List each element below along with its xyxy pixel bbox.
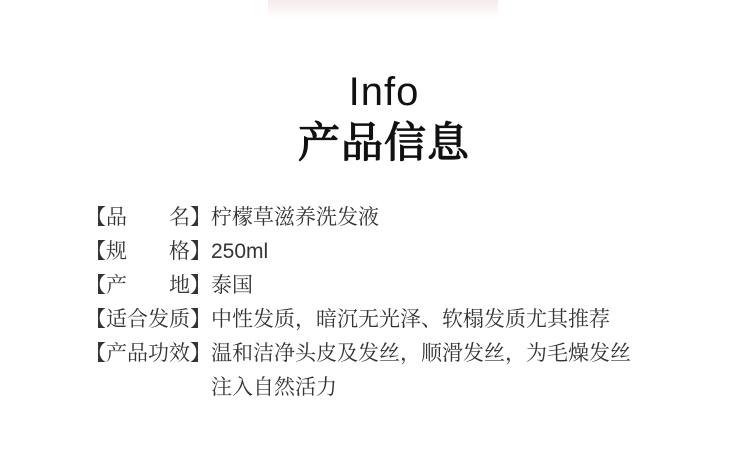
- info-row-label: 【产 地】: [85, 269, 211, 303]
- section-title-cn: 产品信息: [9, 120, 750, 166]
- info-row-label: 【适合发质】: [85, 303, 211, 337]
- section-header: Info 产品信息: [9, 70, 750, 166]
- info-row-suitable-hair-type: 【适合发质】 中性发质，暗沉无光泽、软榻发质尤其推荐: [85, 303, 635, 337]
- product-attributes-list: 【品 名】 柠檬草滋养洗发液 【规 格】 250ml 【产 地】 泰国 【适合发…: [85, 201, 635, 405]
- info-row-value: 中性发质，暗沉无光泽、软榻发质尤其推荐: [211, 303, 635, 337]
- info-row-specification: 【规 格】 250ml: [85, 235, 635, 269]
- info-row-value: 柠檬草滋养洗发液: [211, 201, 635, 235]
- info-row-product-name: 【品 名】 柠檬草滋养洗发液: [85, 201, 635, 235]
- info-row-product-effects: 【产品功效】 温和洁净头皮及发丝，顺滑发丝，为毛燥发丝注入自然活力: [85, 337, 635, 405]
- info-row-label: 【产品功效】: [85, 337, 211, 371]
- section-title-en: Info: [9, 70, 750, 114]
- info-row-value: 250ml: [211, 235, 635, 269]
- info-row-value: 泰国: [211, 269, 635, 303]
- info-row-label: 【品 名】: [85, 201, 211, 235]
- info-row-origin: 【产 地】 泰国: [85, 269, 635, 303]
- info-row-value: 温和洁净头皮及发丝，顺滑发丝，为毛燥发丝注入自然活力: [211, 337, 635, 405]
- info-row-label: 【规 格】: [85, 235, 211, 269]
- top-gradient-decoration: [268, 0, 498, 20]
